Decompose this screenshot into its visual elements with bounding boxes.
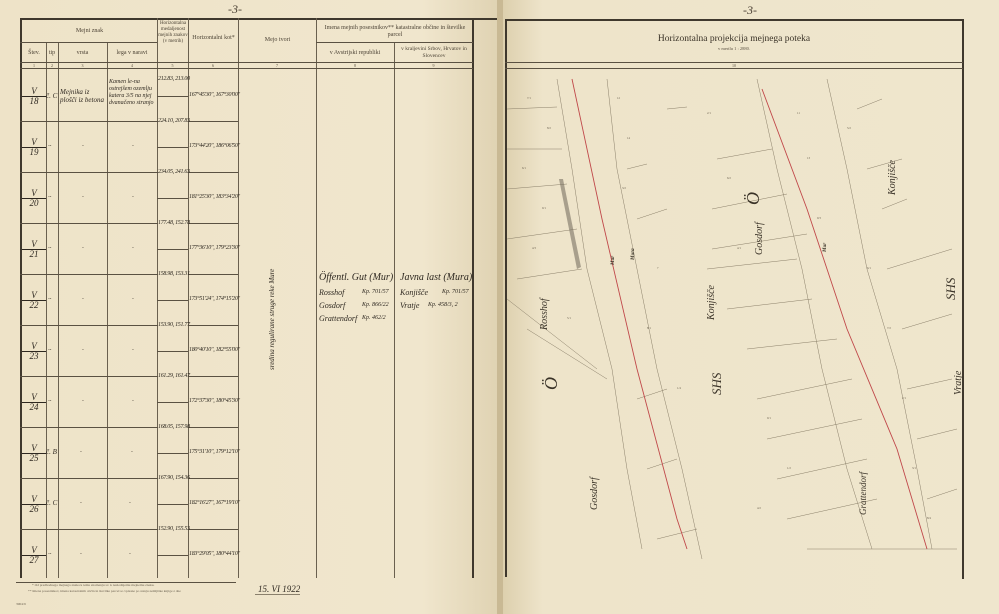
table-right-border: [472, 18, 474, 578]
label-konjisce: Konjišče: [706, 285, 717, 320]
label-vratje: Vratje: [953, 371, 964, 395]
svg-text:7: 7: [657, 266, 659, 270]
svg-text:9/1: 9/1: [542, 206, 546, 210]
page-number: -3-: [743, 3, 757, 18]
right-page: -3- Horizontalna projekcija mejnega pote…: [503, 0, 999, 614]
svg-text:13: 13: [807, 156, 811, 160]
col-num: 5: [157, 63, 188, 68]
owner-parcel: Kp. 701/57: [362, 289, 389, 295]
label-mur: Mur: [823, 243, 828, 252]
owners-austria-title: Öffentl. Gut (Mur): [319, 272, 393, 283]
header-horiz-dist: Horizontalna medaljenost mejnih znakov (…: [158, 21, 188, 45]
svg-text:2/1: 2/1: [902, 396, 906, 400]
col-num: 8: [316, 63, 394, 68]
col-num: 6: [188, 63, 238, 68]
svg-text:9/1: 9/1: [767, 416, 771, 420]
label-shs: SHS: [943, 278, 959, 300]
svg-text:5/2: 5/2: [847, 126, 851, 130]
svg-text:6/2: 6/2: [727, 176, 731, 180]
owner-place: Grattendorf: [319, 314, 357, 323]
footnote-date: 15. VI 1922: [258, 584, 300, 594]
svg-text:8/1: 8/1: [647, 326, 651, 330]
map-title: Horizontalna projekcija mejnega poteka: [505, 34, 963, 44]
label-austria: Ö: [541, 377, 562, 390]
svg-text:8/4: 8/4: [927, 516, 931, 520]
footnote-1: * Od predhodnega mejnega znaka k temu zn…: [32, 583, 154, 587]
svg-text:4/2: 4/2: [757, 506, 761, 510]
owner-place: Vratje: [400, 301, 419, 310]
owner-place: Konjišče: [400, 288, 428, 297]
print-code: 3904/9: [16, 602, 26, 606]
header-tip: tip: [46, 50, 58, 57]
label-austria: Ö: [743, 192, 764, 205]
owners-shs-title: Javna last (Mura): [400, 272, 472, 283]
svg-text:7/2: 7/2: [887, 326, 891, 330]
svg-text:6/1: 6/1: [867, 266, 871, 270]
label-rosshof: Rosshof: [539, 298, 550, 330]
boundary-description: sredina regulirane struge reke Mure: [268, 269, 276, 370]
label-mur: Mur: [611, 256, 616, 265]
left-page: -3- Mejni znak Štev. tip vrsta lega v na…: [0, 0, 497, 614]
col-num: 10: [505, 63, 963, 68]
svg-text:9/3: 9/3: [817, 216, 821, 220]
label-grattendorf: Grattendorf: [858, 472, 868, 515]
svg-text:1/2: 1/2: [787, 466, 791, 470]
header-avstrija: v Avstrijski republiki: [316, 50, 394, 57]
footnote-2: ** Imena posestnikov, imena katastralnih…: [28, 589, 181, 593]
svg-text:6/1: 6/1: [522, 166, 526, 170]
svg-text:1/4: 1/4: [677, 386, 681, 390]
label-gosdorf: Gosdorf: [589, 477, 600, 510]
stone-type: č. C: [46, 92, 57, 100]
svg-text:4/1: 4/1: [737, 246, 741, 250]
stone-number: V18: [22, 87, 46, 106]
owner-place: Rosshof: [319, 288, 344, 297]
label-gosdorf: Gosdorf: [754, 222, 765, 255]
angle-value: 167°45'30", 167°30'00": [189, 92, 240, 98]
header-shs: v kraljevini Srbov, Hrvatov in Slovencev: [395, 46, 473, 60]
boundary-map: 7/18/26/1 9/14/35/1 12143/2 78/11/4 2/16…: [507, 69, 962, 579]
svg-text:11: 11: [797, 111, 800, 115]
stone-kind: Mejnika iz plošči iz betona: [60, 88, 106, 104]
col-num: 3: [58, 63, 107, 68]
svg-text:14: 14: [627, 136, 631, 140]
col-num: 2: [46, 63, 58, 68]
distance-value: 212.83, 213.00: [158, 76, 190, 82]
owner-parcel: Kp. 866/22: [362, 302, 389, 308]
col-num: 1: [22, 63, 46, 68]
label-mura: Mura: [631, 248, 636, 260]
page-number: -3-: [228, 2, 242, 17]
svg-text:4/3: 4/3: [532, 246, 536, 250]
header-horiz-kot: Horizontalni kot*: [189, 35, 238, 42]
svg-text:7/1: 7/1: [527, 96, 531, 100]
svg-text:3/2: 3/2: [622, 186, 626, 190]
owner-parcel: Kp. 458/3, 2: [428, 302, 458, 308]
col-num: 7: [238, 63, 316, 68]
svg-text:3/1: 3/1: [912, 466, 916, 470]
header-mejni-znak: Mejni znak: [22, 28, 157, 35]
svg-text:12: 12: [617, 96, 621, 100]
header-imena: Imena mejnih posestnikov** katastralne o…: [318, 25, 472, 39]
col-num: 4: [107, 63, 157, 68]
owner-parcel: Kp. 701/57: [442, 289, 469, 295]
svg-text:2/1: 2/1: [707, 111, 711, 115]
header-lega: lega v naravi: [107, 50, 157, 57]
owner-place: Gosdorf: [319, 301, 345, 310]
stone-location: Kamen le-na ostrejšem ozemlju katera 3/5…: [109, 79, 157, 107]
svg-text:8/2: 8/2: [547, 126, 551, 130]
map-scale: v merilu 1 : 2880.: [505, 46, 963, 51]
header-mejo-tvori: Mejo tvori: [239, 37, 316, 44]
header-vrsta: vrsta: [58, 50, 107, 57]
owner-parcel: Kp. 462/2: [362, 315, 386, 321]
col-num: 9: [394, 63, 473, 68]
label-konjisce: Konjišče: [887, 160, 898, 195]
label-shs: SHS: [709, 373, 725, 395]
svg-text:5/1: 5/1: [567, 316, 571, 320]
table-top-border: [20, 18, 497, 20]
header-stev: Štev.: [22, 50, 46, 57]
